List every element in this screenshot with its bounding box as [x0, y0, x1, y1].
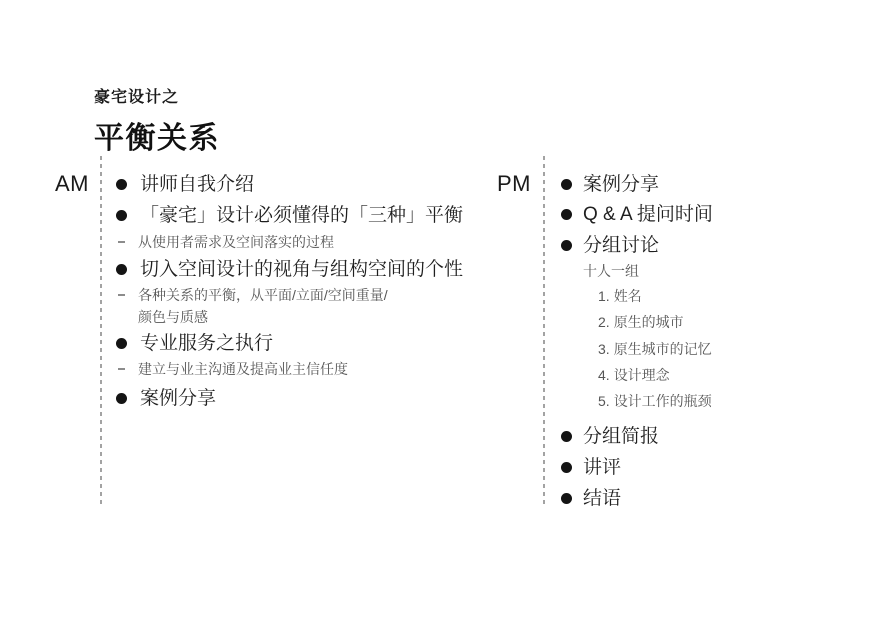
agenda-item-label: 案例分享 — [583, 172, 659, 197]
agenda-item: 案例分享 — [115, 386, 490, 411]
agenda-item: 案例分享 — [558, 172, 873, 197]
agenda-sub-item-continued: 颜色与质感 — [115, 308, 490, 326]
agenda-sub-item: 从使用者需求及空间落实的过程 — [115, 233, 490, 251]
agenda-item-label: 案例分享 — [140, 386, 216, 411]
bullet-icon — [116, 338, 127, 349]
slide-title: 平衡关系 — [94, 113, 220, 157]
agenda-numbered-label: 设计工作的瓶颈 — [614, 392, 712, 410]
bullet-icon — [116, 179, 127, 190]
bullet-icon — [116, 210, 127, 221]
column-label-pm: PM — [497, 171, 531, 197]
bullet-icon — [561, 493, 572, 504]
agenda-sub-label: 建立与业主沟通及提高业主信任度 — [138, 360, 348, 378]
slide: 豪宅设计之 平衡关系 AM PM 讲师自我介绍 「豪宅」设计必须懂得的「三种」平… — [0, 0, 885, 624]
slide-subtitle: 豪宅设计之 — [94, 84, 220, 107]
agenda-item-label: 专业服务之执行 — [140, 331, 273, 356]
agenda-item: 分组讨论 — [558, 233, 873, 258]
agenda-item-label: 「豪宅」设计必须懂得的「三种」平衡 — [140, 203, 463, 228]
agenda-column-am: 讲师自我介绍 「豪宅」设计必须懂得的「三种」平衡 从使用者需求及空间落实的过程 … — [115, 172, 490, 411]
divider-line-pm — [543, 156, 545, 505]
bullet-icon — [561, 240, 572, 251]
agenda-item: 专业服务之执行 — [115, 331, 490, 356]
title-block: 豪宅设计之 平衡关系 — [94, 84, 220, 157]
bullet-icon — [116, 264, 127, 275]
agenda-numbered-label: 原生的城市 — [614, 313, 684, 331]
dash-icon — [118, 368, 125, 370]
item-number: 3. — [598, 340, 610, 358]
agenda-item-label: 讲师自我介绍 — [140, 172, 254, 197]
agenda-item-label: 分组简报 — [583, 424, 659, 449]
bullet-icon — [116, 393, 127, 404]
agenda-sub-label: 从使用者需求及空间落实的过程 — [138, 233, 334, 251]
dash-icon — [118, 294, 125, 296]
agenda-note-label: 十人一组 — [583, 262, 639, 280]
agenda-numbered-label: 姓名 — [614, 287, 642, 305]
agenda-numbered-item: 2. 原生的城市 — [558, 313, 873, 331]
agenda-note: 十人一组 — [558, 262, 873, 280]
bullet-icon — [561, 431, 572, 442]
agenda-item: 「豪宅」设计必须懂得的「三种」平衡 — [115, 203, 490, 228]
agenda-sub-item: 各种关系的平衡，从平面/立面/空间重量/ — [115, 286, 490, 304]
agenda-item: 切入空间设计的视角与组构空间的个性 — [115, 257, 490, 282]
agenda-item-label: 分组讨论 — [583, 233, 659, 258]
agenda-numbered-item: 4. 设计理念 — [558, 366, 873, 384]
agenda-column-pm: 案例分享 Q & A 提问时间 分组讨论 十人一组 1. 姓名 2. 原生的城市… — [558, 172, 873, 511]
agenda-item: Q & A 提问时间 — [558, 202, 873, 227]
agenda-item: 分组简报 — [558, 424, 873, 449]
agenda-sub-label: 各种关系的平衡，从平面/立面/空间重量/ — [138, 286, 388, 304]
agenda-item-label: 结语 — [583, 486, 621, 511]
item-number: 5. — [598, 392, 610, 410]
agenda-sub-item: 建立与业主沟通及提高业主信任度 — [115, 360, 490, 378]
agenda-numbered-item: 5. 设计工作的瓶颈 — [558, 392, 873, 410]
divider-line-am — [100, 156, 102, 505]
agenda-sub-label: 颜色与质感 — [138, 308, 208, 326]
item-number: 2. — [598, 313, 610, 331]
item-number: 4. — [598, 366, 610, 384]
agenda-item-label: 切入空间设计的视角与组构空间的个性 — [140, 257, 463, 282]
agenda-item: 讲师自我介绍 — [115, 172, 490, 197]
agenda-item-label: 讲评 — [583, 455, 621, 480]
bullet-icon — [561, 179, 572, 190]
agenda-item: 讲评 — [558, 455, 873, 480]
agenda-item: 结语 — [558, 486, 873, 511]
agenda-numbered-item: 1. 姓名 — [558, 287, 873, 305]
agenda-numbered-item: 3. 原生城市的记忆 — [558, 340, 873, 358]
item-number: 1. — [598, 287, 610, 305]
bullet-icon — [561, 209, 572, 220]
dash-icon — [118, 241, 125, 243]
bullet-icon — [561, 462, 572, 473]
agenda-numbered-label: 原生城市的记忆 — [614, 340, 712, 358]
agenda-item-label: Q & A 提问时间 — [583, 202, 713, 227]
agenda-numbered-label: 设计理念 — [614, 366, 670, 384]
column-label-am: AM — [55, 171, 89, 197]
